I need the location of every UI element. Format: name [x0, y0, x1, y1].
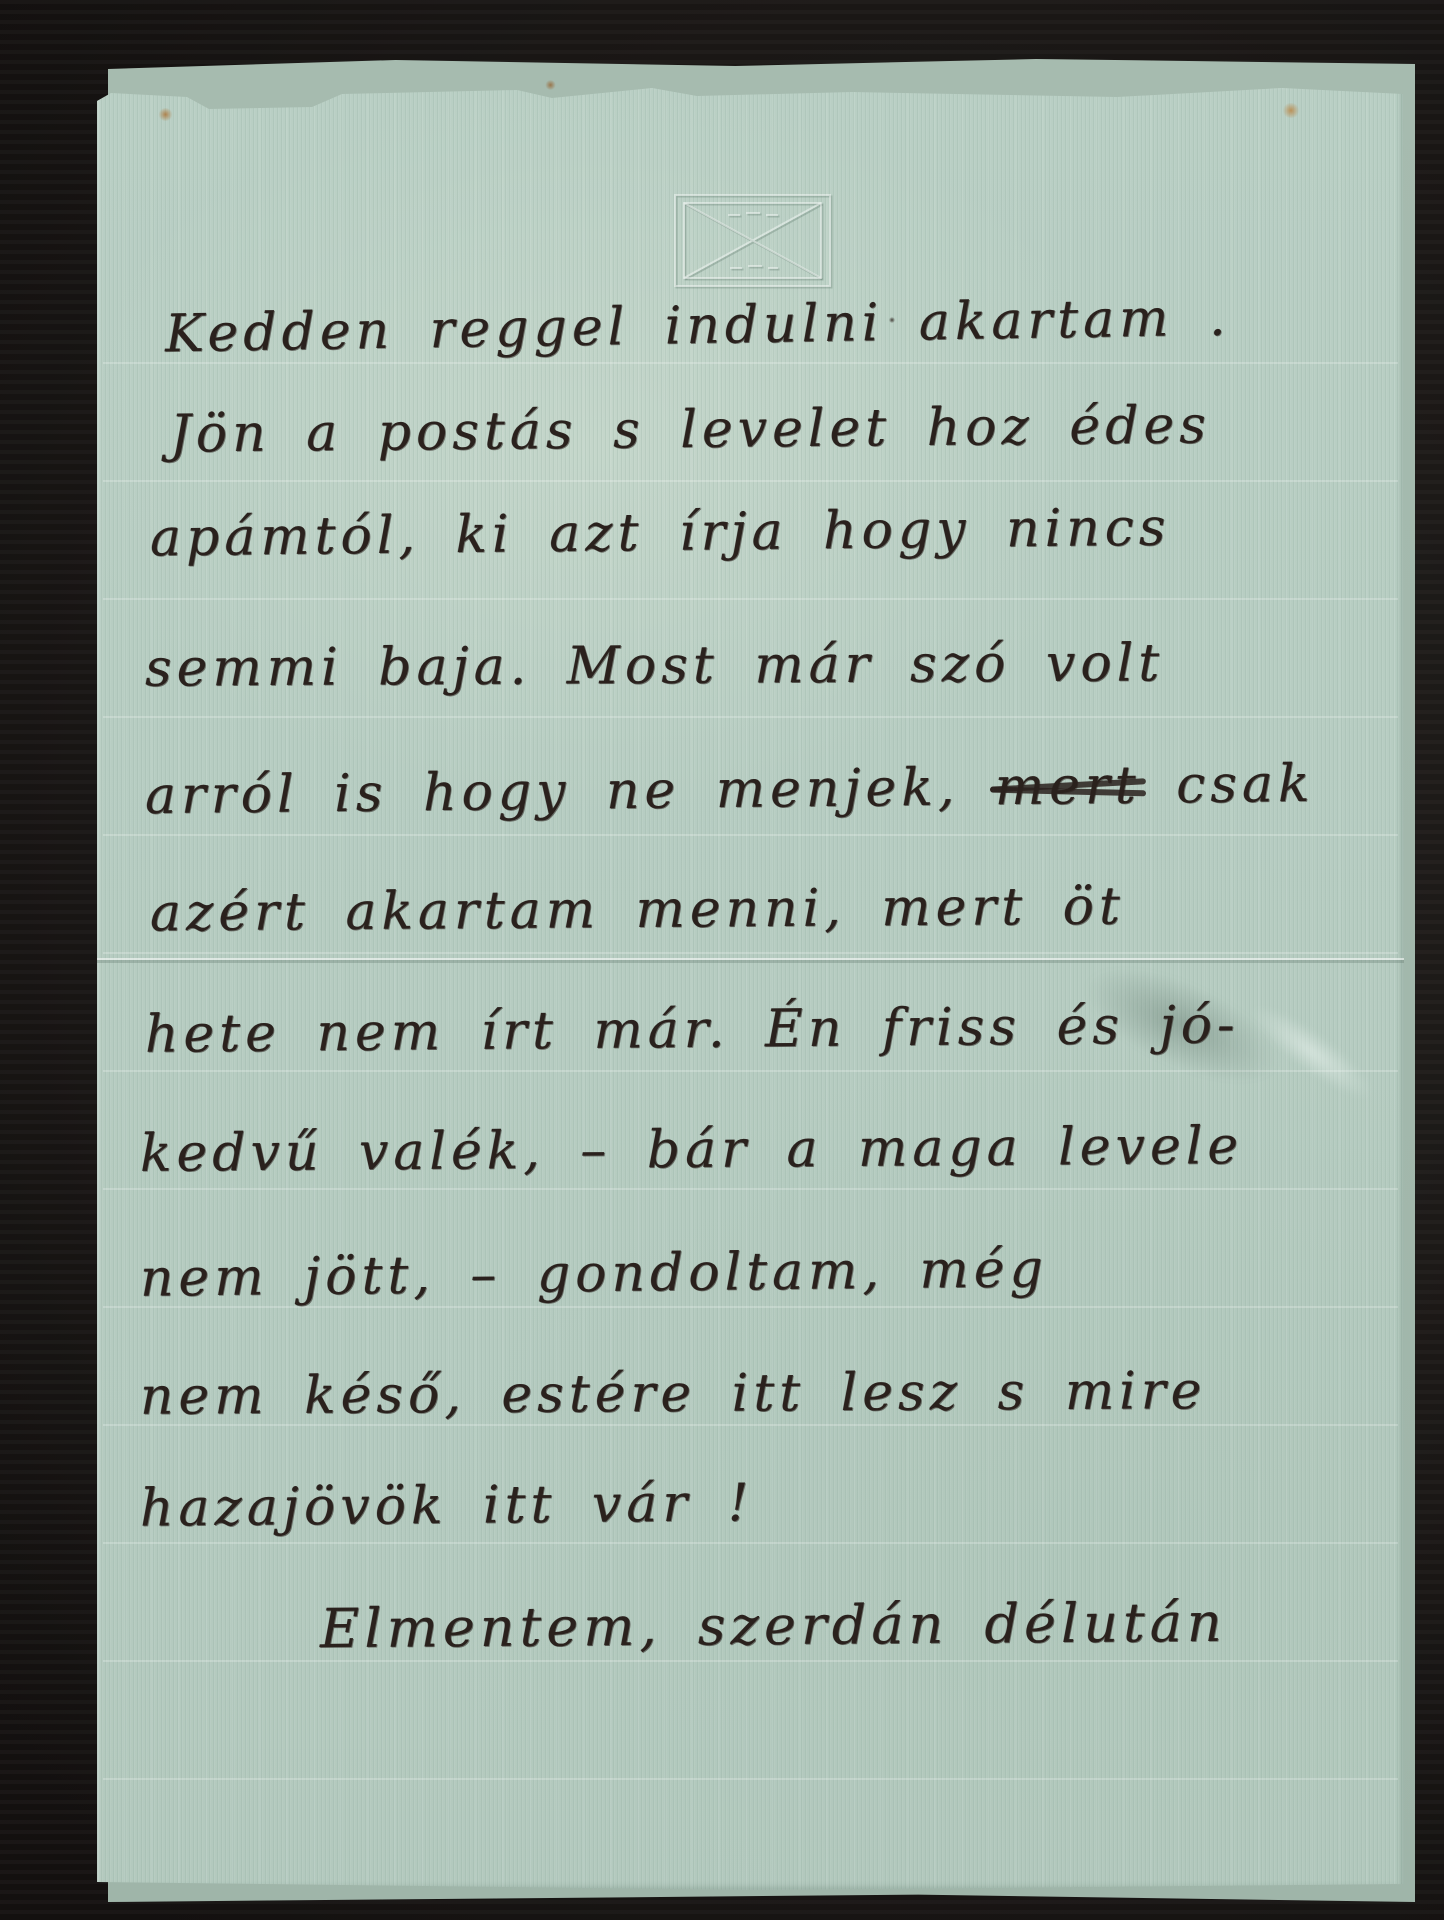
- handwritten-line: semmi baja. Most már szó volt: [145, 635, 1164, 698]
- fold-crease: [97, 958, 1404, 963]
- handwritten-line: arról is hogy ne menjek, mert csak: [145, 756, 1315, 825]
- embossed-stamp-icon: [672, 192, 833, 289]
- photo-backdrop: Kedden reggel indulni akartam . Jön a po…: [0, 0, 1444, 1920]
- letter-paper: Kedden reggel indulni akartam . Jön a po…: [97, 85, 1404, 1890]
- handwritten-line: Elmentem, szerdán délután: [320, 1593, 1227, 1659]
- handwritten-line: nem jött, – gondoltam, még: [140, 1241, 1048, 1308]
- handwritten-line: nem késő, estére itt lesz s mire: [140, 1363, 1207, 1426]
- handwritten-line: Jön a postás s levelet hoz édes: [170, 397, 1211, 463]
- foxing-spot: [158, 108, 173, 121]
- line-segment: arról is hogy ne menjek,: [145, 757, 995, 826]
- handwritten-line: azért akartam menni, mert öt: [150, 879, 1125, 943]
- ink-speck: [889, 317, 895, 323]
- handwritten-line: apámtól, ki azt írja hogy nincs: [150, 500, 1171, 568]
- handwritten-line: Kedden reggel indulni akartam .: [165, 290, 1231, 364]
- struck-word: mert: [995, 758, 1141, 817]
- handwritten-line: hete nem írt már. Én friss és jó-: [145, 997, 1240, 1064]
- foxing-spot: [1282, 103, 1300, 118]
- handwritten-line: kedvű valék, – bár a maga levele: [140, 1118, 1244, 1183]
- foxing-spot: [545, 80, 556, 90]
- line-segment: csak: [1140, 754, 1314, 816]
- handwritten-line: hazajövök itt vár !: [140, 1475, 754, 1538]
